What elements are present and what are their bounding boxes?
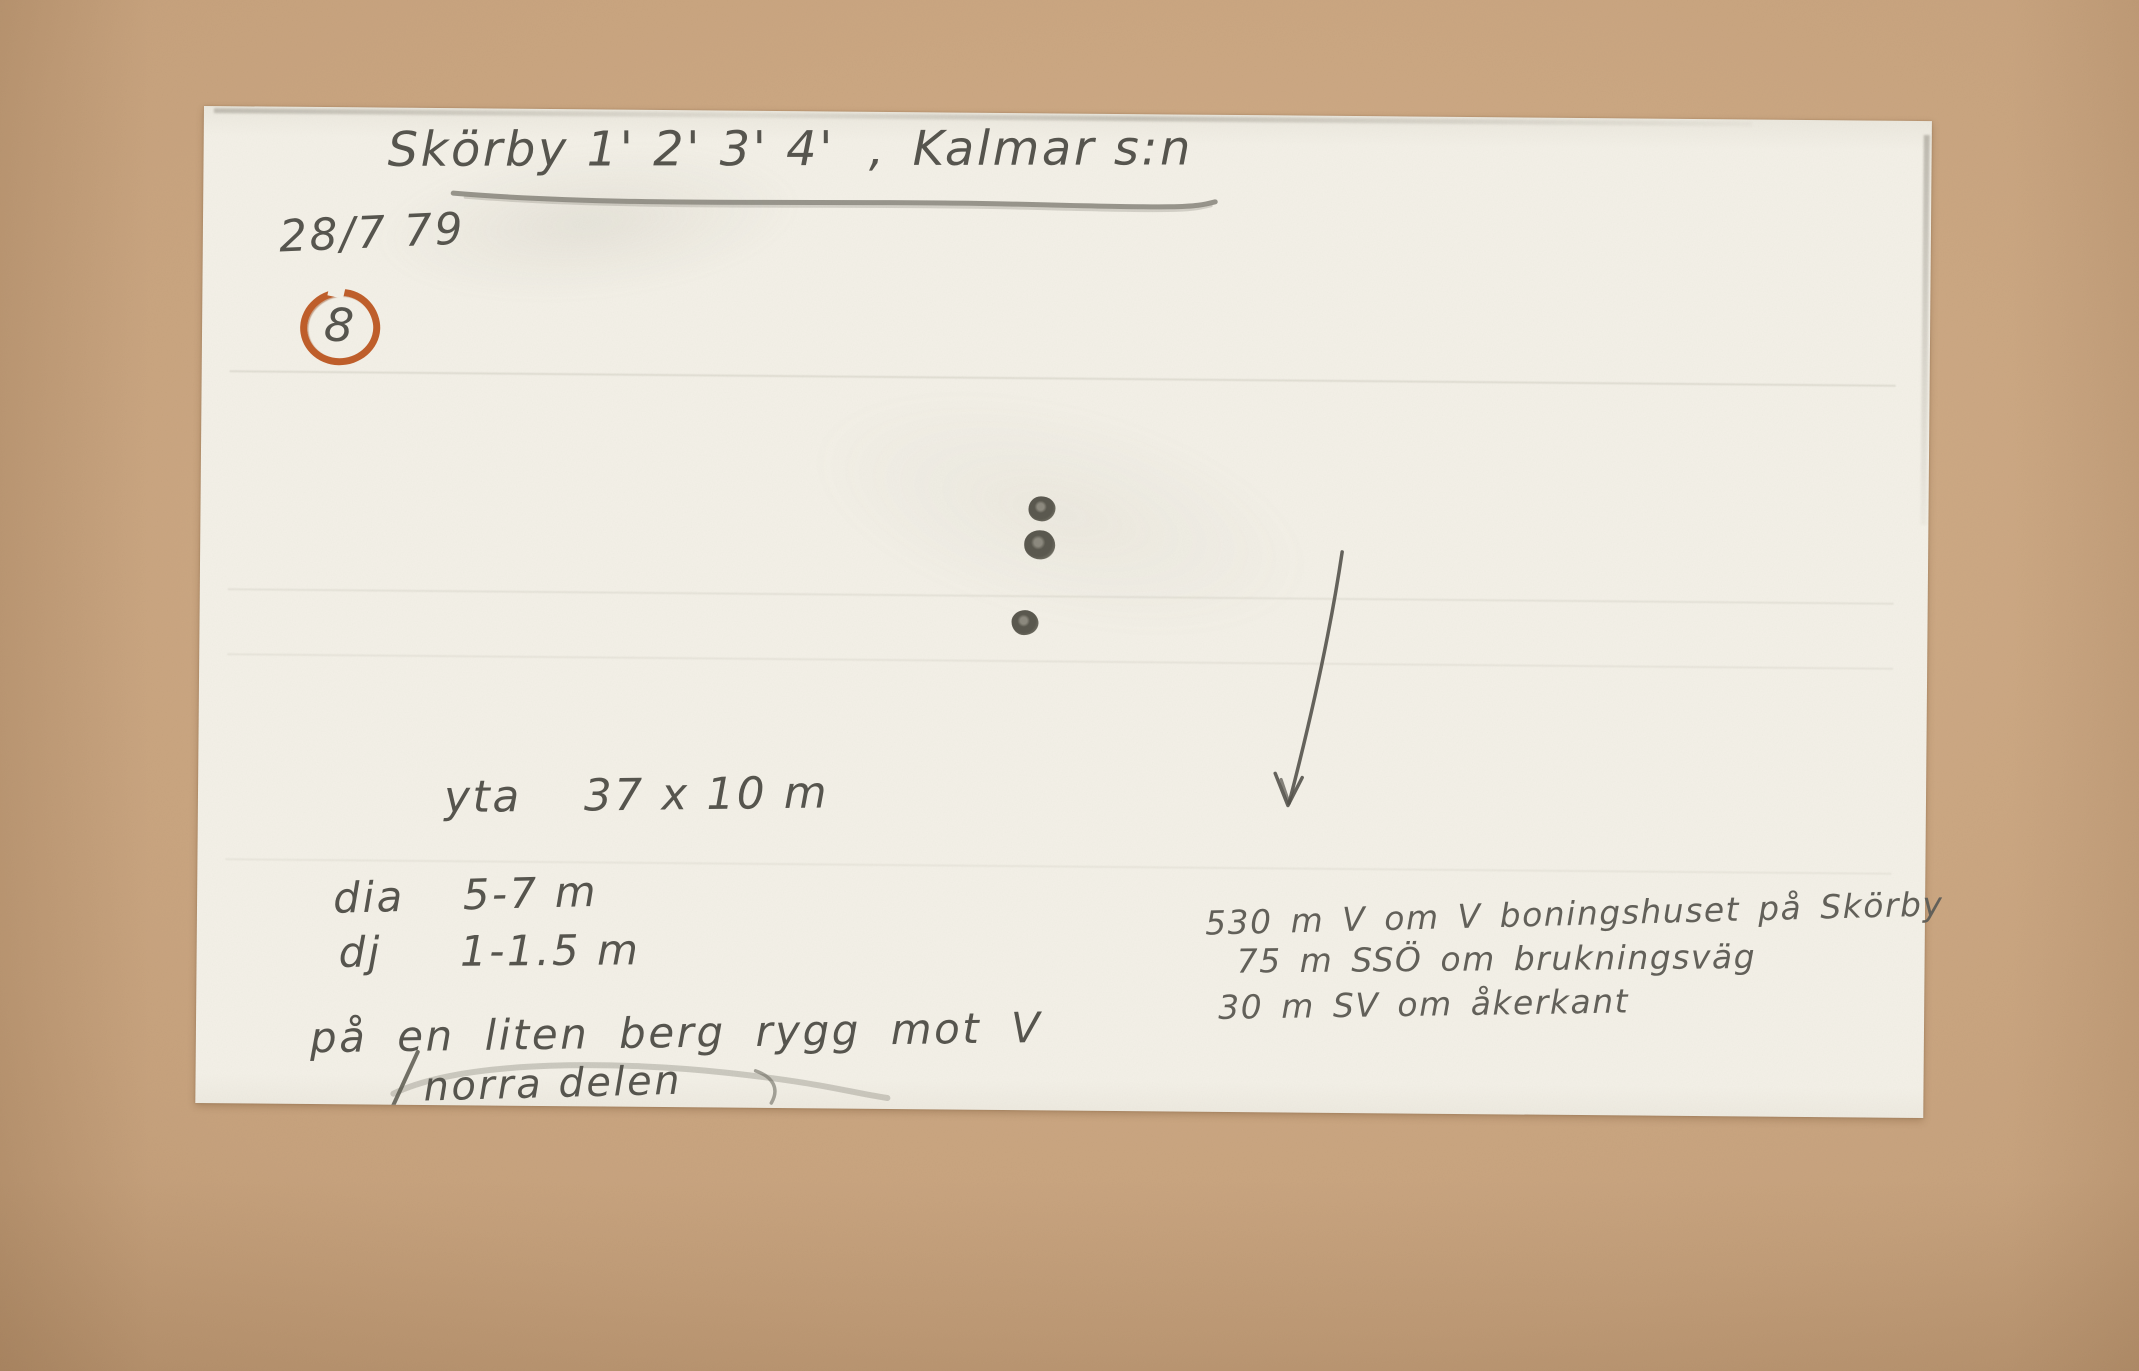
- area-label-text: yta: [444, 771, 522, 823]
- arrow-shaft: [1289, 552, 1342, 804]
- scan-artifact-line: [230, 370, 1896, 387]
- arrow-head: [1275, 773, 1302, 805]
- insertion-end-hook: [755, 1071, 775, 1103]
- measurement-diameter-row: dia 5-7 m: [333, 867, 599, 923]
- terrain-note-text: på en liten berg rygg mot V: [310, 1003, 1043, 1062]
- diameter-value-text: 5-7 m: [462, 867, 599, 920]
- arrow-head-double-stroke: [1281, 779, 1289, 802]
- scan-artifact-line: [228, 588, 1894, 605]
- measurement-depth-row: dj 1-1.5 m: [338, 925, 640, 977]
- date-text: 28/7 79: [278, 203, 466, 262]
- location-arrow: [1275, 551, 1342, 806]
- title-underline: [453, 193, 1215, 207]
- title-underline-shadow: [465, 197, 1211, 211]
- badge-number-text: 8: [297, 286, 383, 368]
- site-name-text: Skörby 1' 2' 3' 4': [388, 121, 835, 178]
- location-line-1: 530 m V om V boningshuset på Skörby: [1205, 884, 1944, 942]
- pencil-dot: [1024, 530, 1055, 559]
- number-badge: 8: [300, 289, 381, 366]
- parish-text: Kalmar s:n: [913, 120, 1193, 176]
- area-value-text: 37 x 10 m: [583, 767, 829, 821]
- eraser-smudge: [781, 342, 1340, 685]
- location-line-2: 75 m SSÖ om brukningsväg: [1236, 937, 1756, 981]
- scan-background: Skörby 1' 2' 3' 4' , Kalmar s:n 28/7 79 …: [0, 0, 2139, 1371]
- depth-value-text: 1-1.5 m: [460, 925, 641, 976]
- measurement-area-row: yta 37 x 10 m: [444, 767, 830, 823]
- pencil-dot: [1011, 610, 1038, 635]
- scan-artifact-line: [227, 653, 1893, 670]
- pencil-dot: [1028, 496, 1055, 521]
- terrain-insertion-text: norra delen: [423, 1058, 683, 1111]
- note-card: Skörby 1' 2' 3' 4' , Kalmar s:n 28/7 79 …: [195, 106, 1932, 1118]
- title-comma: ,: [869, 121, 887, 177]
- location-line-3: 30 m SV om åkerkant: [1218, 981, 1629, 1026]
- card-title: Skörby 1' 2' 3' 4' , Kalmar s:n: [388, 120, 1193, 177]
- depth-label-text: dj: [338, 927, 382, 976]
- diameter-label-text: dia: [333, 872, 406, 923]
